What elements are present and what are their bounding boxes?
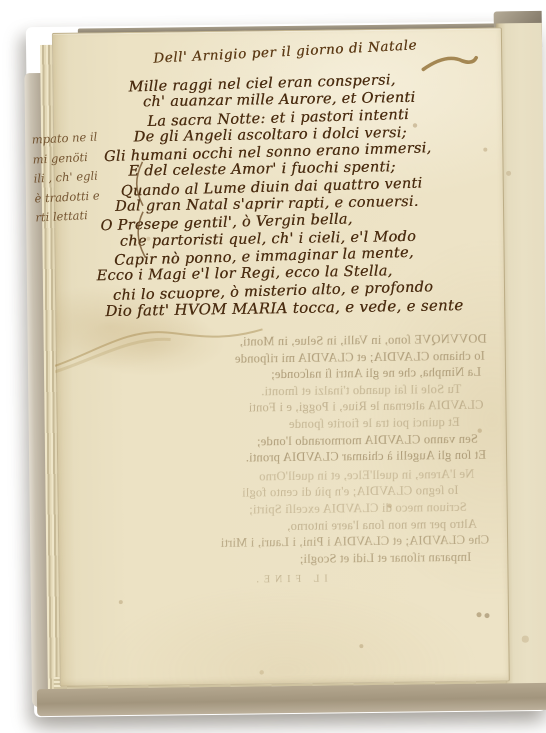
photo-background: Dell' Arnigio per il giorno di Natale Mi… bbox=[0, 0, 546, 733]
manuscript-page: Dell' Arnigio per il giorno di Natale Mi… bbox=[52, 27, 510, 686]
end-mark: IL FINE. bbox=[89, 570, 489, 591]
margin-note-line: rti lettati bbox=[35, 205, 120, 228]
bleedthrough-line: Imparan riſonar et Lidi et Scogli; bbox=[89, 549, 471, 570]
margin-brace-mark bbox=[131, 160, 148, 260]
manuscript-title: Dell' Arnigio per il giorno di Natale bbox=[153, 37, 418, 66]
bleedthrough-line: Et ſon gli Augelli à chiamar CLAVDIA pro… bbox=[88, 447, 486, 468]
handwritten-poem: Mille raggi nel ciel eran conspersi, ch'… bbox=[92, 71, 497, 321]
book: Dell' Arnigio per il giorno di Natale Mi… bbox=[0, 0, 546, 733]
printed-bleedthrough-text: DOVVNQVE ſono, in Valli, in Selue, in Mo… bbox=[87, 331, 490, 592]
foxing-spots bbox=[53, 34, 55, 36]
margin-annotation: mpato ne il mi genöti ili , ch' egli è t… bbox=[31, 127, 119, 228]
